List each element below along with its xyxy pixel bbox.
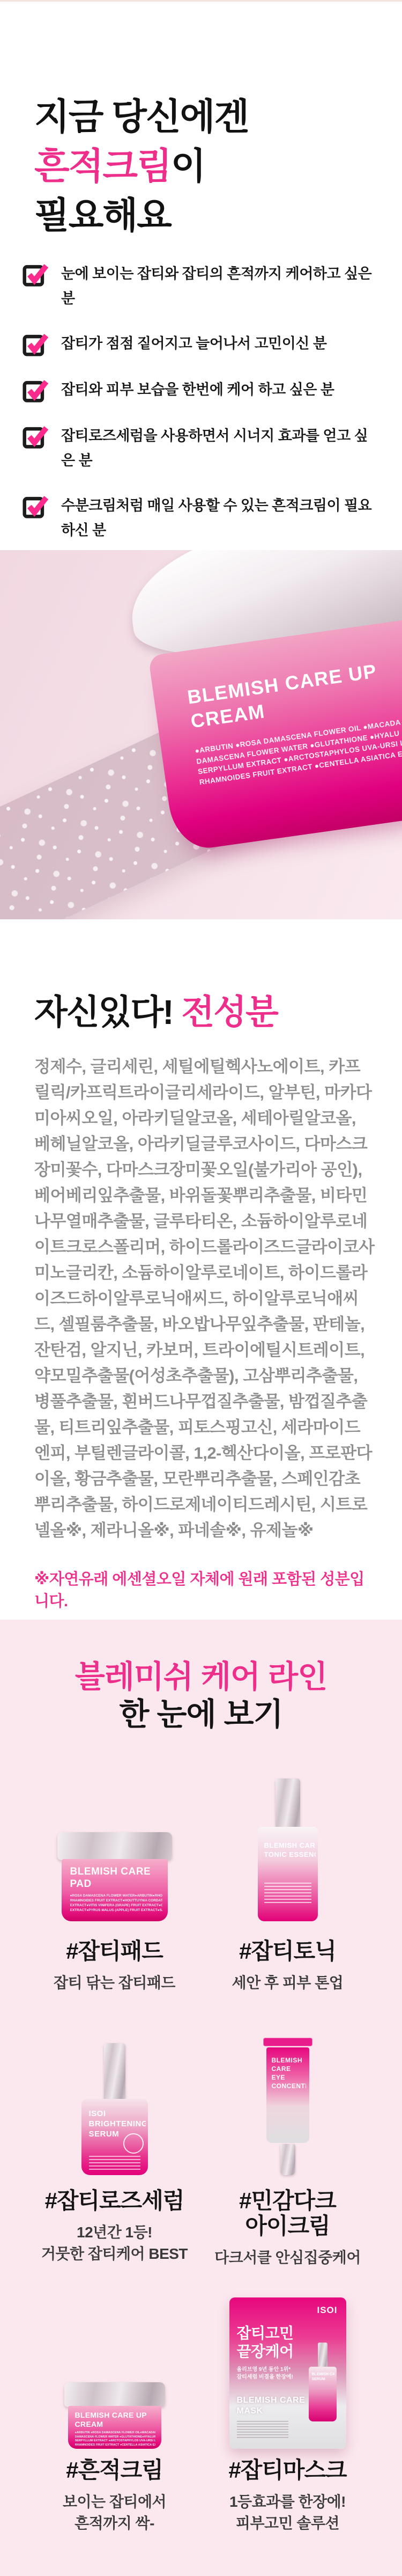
product-label: BLEMISH CA SERUM <box>312 2372 334 2382</box>
product-row-1: BLEMISH CARE PAD ●ROSA DAMASCENA FLOWER … <box>38 1779 364 1994</box>
product-caption: 세안 후 피부 톤업 <box>232 1972 344 1994</box>
checklist-item: 잡티로즈세럼을 사용하면서 시너지 효과를 얻고 싶은 분 <box>23 423 377 473</box>
product-micro-text: ●ROSA DAMASCENA FLOWER WATER●ARBUTIN●RHO… <box>70 1893 162 1913</box>
product-hashtag: #잡티토닉 <box>239 1938 336 1964</box>
checkbox-checked-icon <box>23 261 48 287</box>
checklist: 눈에 보이는 잡티와 잡티의 흔적까지 케어하고 싶은 분 잡티가 점점 짙어지… <box>23 261 377 563</box>
promo-page: 지금 당신에겐 흔적크림이 필요해요 눈에 보이는 잡티와 잡티의 흔적까지 케… <box>0 0 402 2576</box>
checklist-item-label: 수분크림처럼 매일 사용할 수 있는 흔적크림이 필요하신 분 <box>61 493 377 543</box>
jar-cap <box>57 1832 172 1860</box>
bottle-cap <box>318 2343 327 2367</box>
bottle-body: BLEMISH CARE TONIC ESSENCE <box>258 1827 318 1921</box>
rose-seal-icon <box>123 2133 144 2154</box>
ingredients-heading: 자신있다! 전성분 <box>34 991 375 1034</box>
tonic-bottle-image: BLEMISH CARE TONIC ESSENCE <box>258 1779 318 1921</box>
eye-cream-tube-image: BLEMISH CARE EYE CONCENTRA <box>263 2038 312 2175</box>
checkbox-checked-icon <box>23 331 48 357</box>
ingredients-list-text: 정제수, 글리세린, 세틸에틸헥사노에이트, 카프릴릭/카프릭트라이글리세라이드… <box>34 1054 375 1543</box>
product-card-eye-cream: BLEMISH CARE EYE CONCENTRA #민감다크 아이크림 <box>211 2038 364 2268</box>
brand-logo: ISOI <box>317 2305 337 2316</box>
checklist-item: 잡티가 점점 짙어지고 늘어나서 고민이신 분 <box>23 331 377 357</box>
product-hashtag: #민감다크 아이크림 <box>239 2188 336 2238</box>
hero-line-2: 흔적크림이 <box>34 142 248 191</box>
mask-pouch-image: ISOI 잡티고민 끝장케어 올리브영 9년 동안 1위* 잡티세럼 비결을 한… <box>229 2297 346 2449</box>
serum-bottle-image: ISOI BRIGHTENING SERUM <box>81 2043 148 2175</box>
cream-jar-image: BLEMISH CARE UP CREAM ●ARBUTIN ●ROSA DAM… <box>122 550 402 854</box>
bottle-cap <box>276 1779 300 1828</box>
checklist-item-label: 눈에 보이는 잡티와 잡티의 흔적까지 케어하고 싶은 분 <box>61 261 377 311</box>
hero-line-1: 지금 당신에겐 <box>34 92 248 142</box>
product-caption: 잡티 닦는 잡티패드 <box>54 1972 175 1994</box>
checklist-item: 수분크림처럼 매일 사용할 수 있는 흔적크림이 필요하신 분 <box>23 493 377 543</box>
product-micro-text: ●ARBUTIN ●ROSA DAMASCENA FLOWER OIL●MACA… <box>75 2431 155 2447</box>
jar-product-name: BLEMISH CARE UP CREAM <box>186 650 402 734</box>
product-card-up-cream: BLEMISH CARE UP CREAM ●ARBUTIN ●ROSA DAM… <box>38 2296 191 2534</box>
top-divider <box>0 0 402 2</box>
jar-body: BLEMISH CARE PAD ●ROSA DAMASCENA FLOWER … <box>62 1859 168 1921</box>
product-hashtag: #잡티로즈세럼 <box>45 2188 184 2213</box>
up-cream-jar-image: BLEMISH CARE UP CREAM ●ARBUTIN ●ROSA DAM… <box>64 2382 165 2449</box>
product-card-blemish-pad: BLEMISH CARE PAD ●ROSA DAMASCENA FLOWER … <box>38 1779 191 1994</box>
product-photo: BLEMISH CARE UP CREAM ●ARBUTIN ●ROSA DAM… <box>0 550 402 919</box>
product-row-3: BLEMISH CARE UP CREAM ●ARBUTIN ●ROSA DAM… <box>38 2296 364 2534</box>
bottle-body: ISOI BRIGHTENING SERUM <box>81 2099 148 2175</box>
product-label: BLEMISH CARE TONIC ESSENCE <box>264 1841 316 1859</box>
line-section-heading: 블레미쉬 케어 라인 한 눈에 보기 <box>0 1658 402 1733</box>
product-hashtag: #잡티패드 <box>66 1938 163 1964</box>
product-caption: 12년간 1등! 거뭇한 잡티케어 BEST <box>41 2222 188 2265</box>
ingredients-section: 자신있다! 전성분 정제수, 글리세린, 세틸에틸헥사노에이트, 카프릴릭/카프… <box>34 991 375 1611</box>
product-hashtag: #잡티마스크 <box>228 2457 346 2483</box>
hero-heading: 지금 당신에겐 흔적크림이 필요해요 <box>34 92 248 240</box>
product-card-rose-serum: ISOI BRIGHTENING SERUM #잡티로즈세럼 12년간 1등! … <box>38 2038 191 2268</box>
checklist-item-label: 잡티로즈세럼을 사용하면서 시너지 효과를 얻고 싶은 분 <box>61 423 377 473</box>
product-label: BLEMISH CARE PAD <box>70 1865 168 1890</box>
tube-nozzle-cap <box>280 2144 295 2175</box>
product-micro-text <box>264 1883 311 1904</box>
product-caption: 다크서클 안심집중케어 <box>214 2247 361 2268</box>
jar-body: BLEMISH CARE UP CREAM ●ARBUTIN ●ROSA DAM… <box>68 2406 161 2449</box>
checklist-item-label: 잡티와 피부 보습을 한번에 케어 하고 싶은 분 <box>61 377 377 402</box>
tube-crimp <box>263 2038 312 2046</box>
product-caption: 1등효과를 한장에! 피부고민 솔루션 <box>229 2491 346 2534</box>
product-hashtag: #흔적크림 <box>66 2457 163 2483</box>
product-card-blemish-tonic: BLEMISH CARE TONIC ESSENCE #잡티토닉 세안 후 피부… <box>211 1779 364 1994</box>
checkbox-checked-icon <box>23 493 48 519</box>
product-row-2: ISOI BRIGHTENING SERUM #잡티로즈세럼 12년간 1등! … <box>38 2038 364 2268</box>
checklist-item-label: 잡티가 점점 짙어지고 늘어나서 고민이신 분 <box>61 331 377 356</box>
product-label: BLEMISH CARE EYE CONCENTRA <box>272 2056 306 2090</box>
ingredients-footnote: ※자연유래 에센셜오일 자체에 원래 포함된 성분입니다. <box>34 1567 375 1611</box>
hero-highlight: 흔적크림 <box>34 146 171 187</box>
blemish-care-line-section: 블레미쉬 케어 라인 한 눈에 보기 BLEMISH CARE PAD <box>0 1620 402 2576</box>
product-caption: 보이는 잡티에서 흔적까지 싹- <box>63 2491 166 2534</box>
checklist-item: 잡티와 피부 보습을 한번에 케어 하고 싶은 분 <box>23 377 377 403</box>
bottle-body: BLEMISH CA SERUM <box>309 2367 337 2421</box>
mini-serum-bottle-image: BLEMISH CA SERUM <box>309 2343 337 2421</box>
checklist-item: 눈에 보이는 잡티와 잡티의 흔적까지 케어하고 싶은 분 <box>23 261 377 311</box>
hero-line-3: 필요해요 <box>34 191 248 240</box>
product-label: BLEMISH CARE UP CREAM <box>75 2411 161 2429</box>
product-micro-text <box>237 2421 288 2439</box>
pad-jar-image: BLEMISH CARE PAD ●ROSA DAMASCENA FLOWER … <box>57 1832 172 1921</box>
tube-body: BLEMISH CARE EYE CONCENTRA <box>266 2047 309 2143</box>
checkbox-checked-icon <box>23 423 48 449</box>
bottle-cap <box>104 2043 125 2100</box>
jar-body: BLEMISH CARE UP CREAM ●ARBUTIN ●ROSA DAM… <box>148 616 402 853</box>
product-micro-text <box>89 2156 140 2170</box>
jar-cap <box>64 2382 165 2407</box>
product-card-blemish-mask: ISOI 잡티고민 끝장케어 올리브영 9년 동안 1위* 잡티세럼 비결을 한… <box>211 2296 364 2534</box>
checkbox-checked-icon <box>23 377 48 403</box>
